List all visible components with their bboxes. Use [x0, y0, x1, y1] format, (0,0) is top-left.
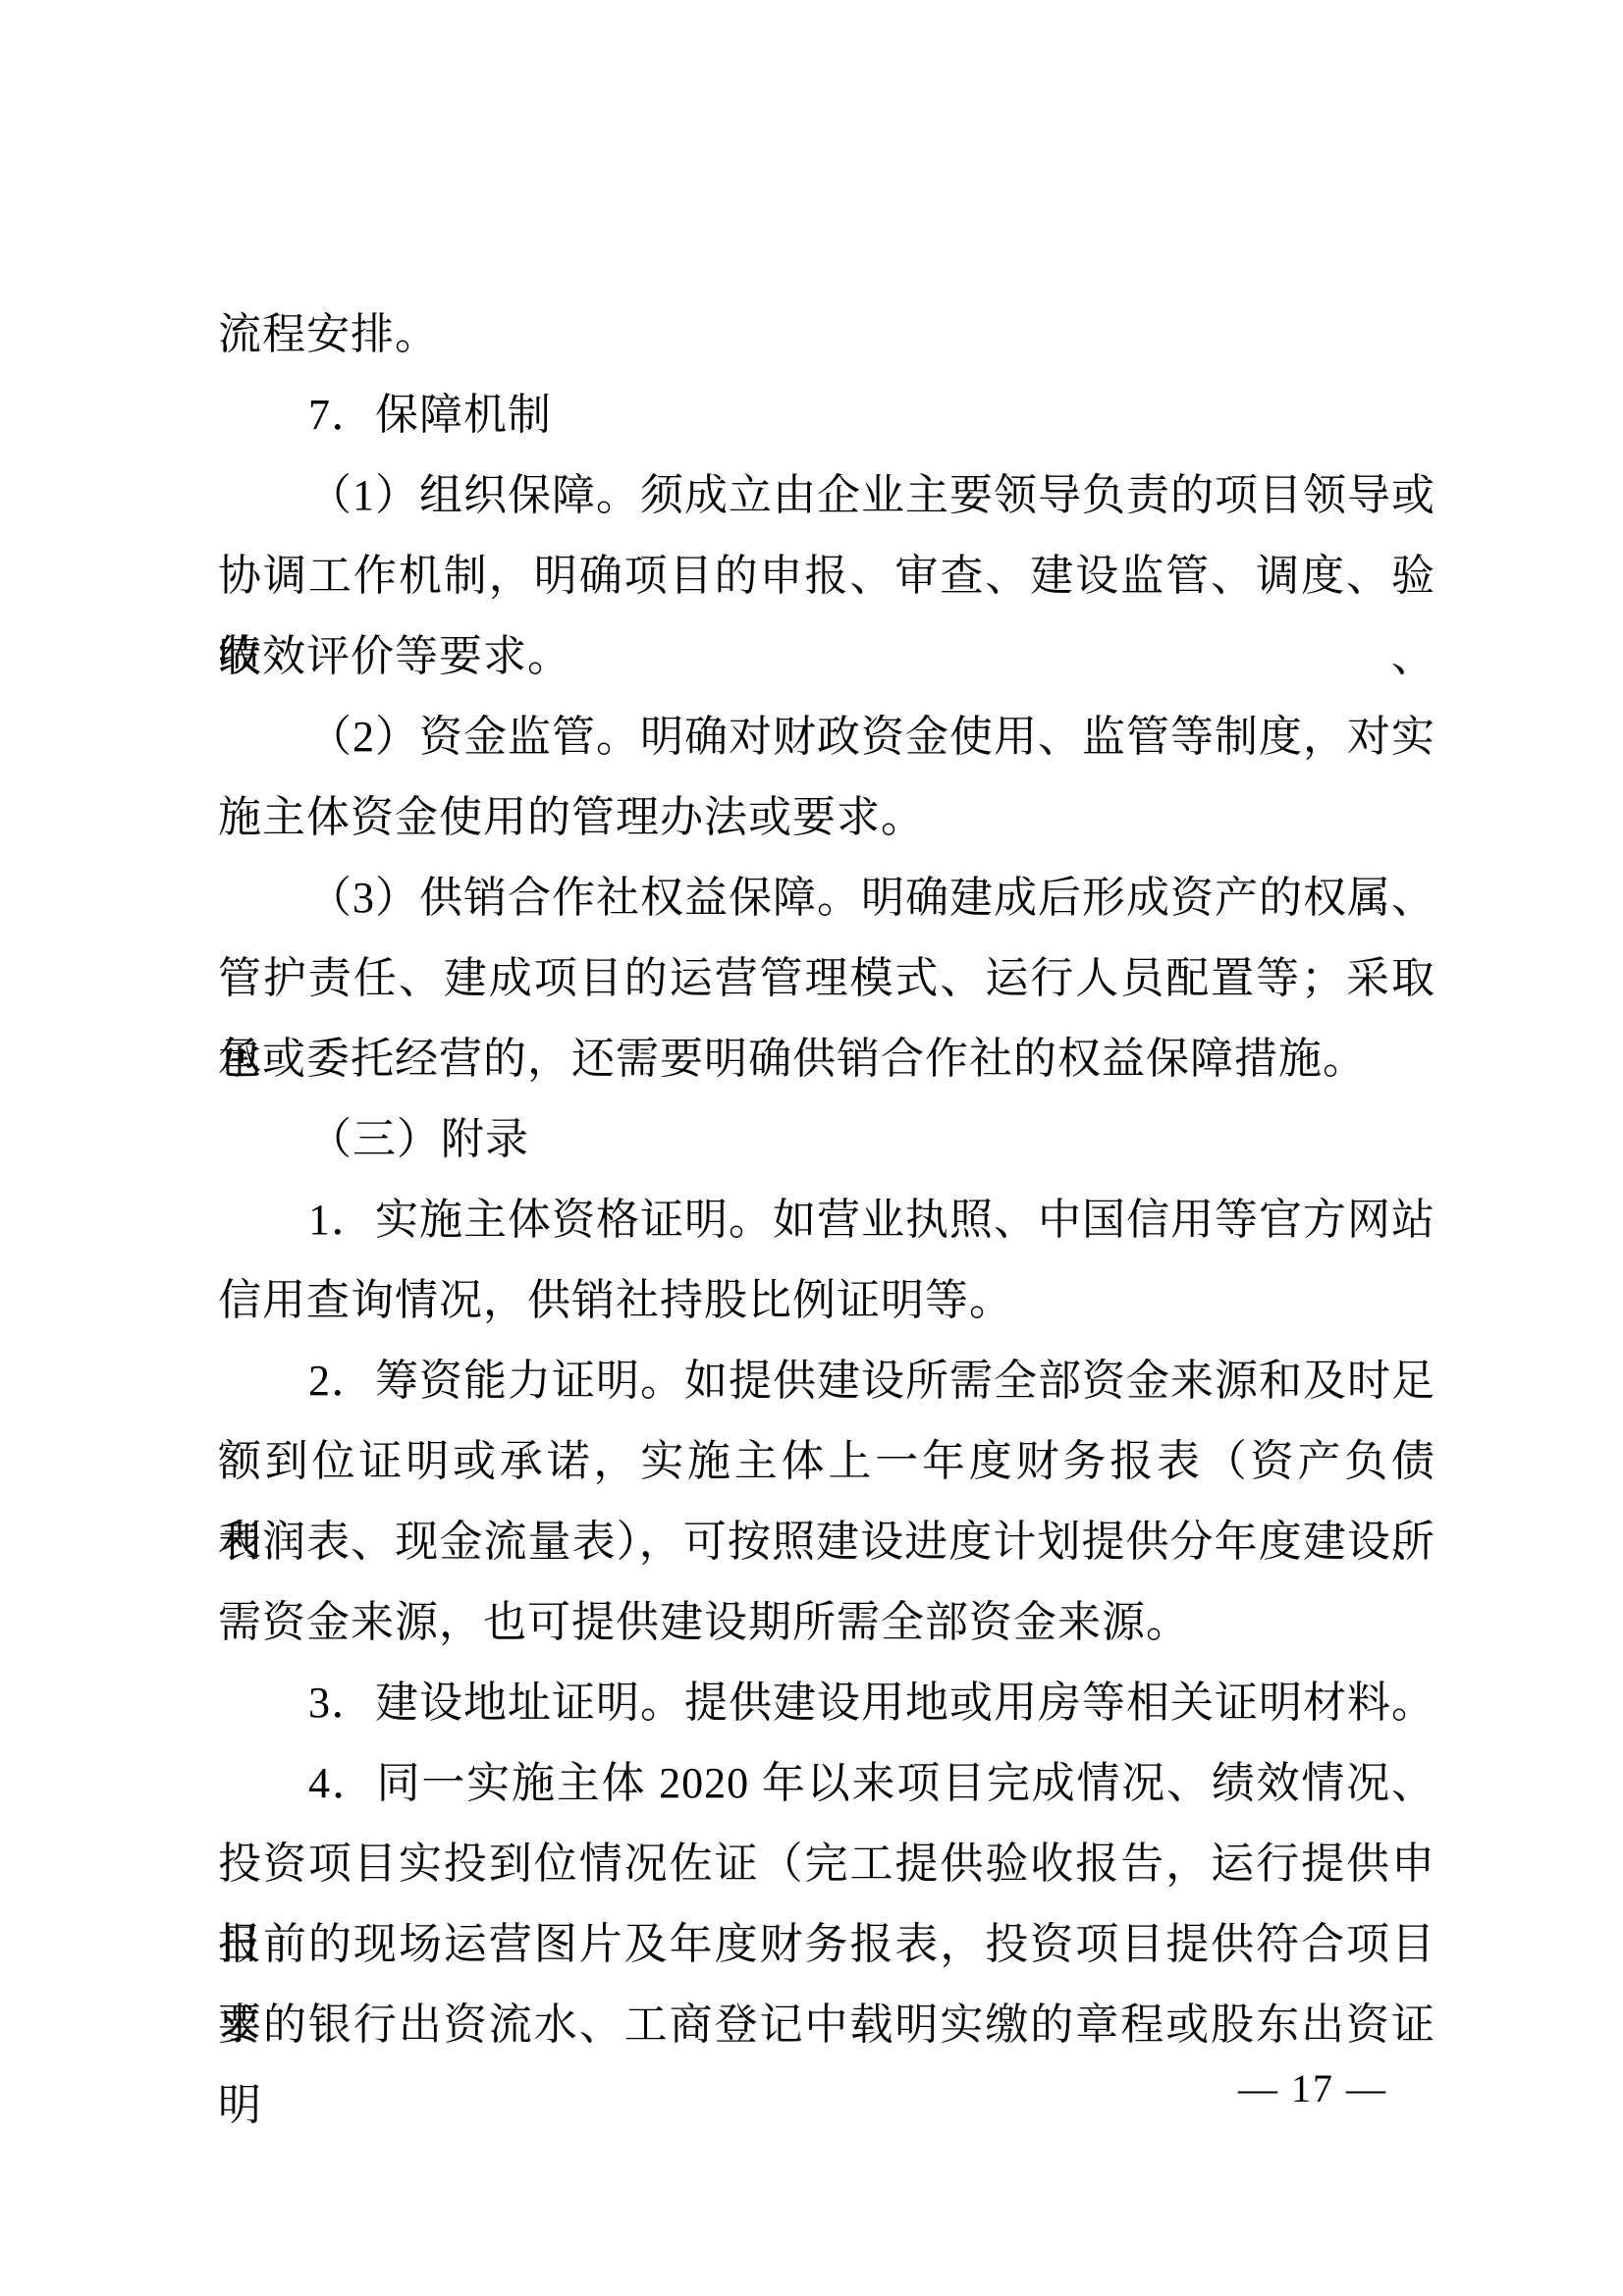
- text-line: 3．建设地址证明。提供建设用地或用房等相关证明材料。: [218, 1663, 1435, 1743]
- text-line: （1）组织保障。须成立由企业主要领导负责的项目领导或: [218, 455, 1435, 536]
- text-line: 4．同一实施主体 2020 年以来项目完成情况、绩效情况、: [218, 1743, 1435, 1824]
- page-number: — 17 —: [1238, 2065, 1387, 2112]
- text-line: 流程安排。: [218, 294, 1435, 375]
- item-heading-7: 7．保障机制: [218, 375, 1435, 455]
- text-line: 2．筹资能力证明。如提供建设所需全部资金来源和及时足: [218, 1341, 1435, 1421]
- text-line: 求的银行出资流水、工商登记中载明实缴的章程或股东出资证明: [218, 1985, 1435, 2065]
- text-line: （3）供销合作社权益保障。明确建成后形成资产的权属、: [218, 858, 1435, 938]
- document-page: 流程安排。 7．保障机制 （1）组织保障。须成立由企业主要领导负责的项目领导或 …: [0, 0, 1623, 2296]
- text-line: 信用查询情况，供销社持股比例证明等。: [218, 1260, 1435, 1341]
- document-body: 流程安排。 7．保障机制 （1）组织保障。须成立由企业主要领导负责的项目领导或 …: [218, 294, 1435, 2065]
- text-line: 1．实施主体资格证明。如营业执照、中国信用等官方网站: [218, 1180, 1435, 1260]
- text-line: 额到位证明或承诺，实施主体上一年度财务报表（资产负债表、: [218, 1421, 1435, 1502]
- text-line: 施主体资金使用的管理办法或要求。: [218, 777, 1435, 858]
- text-line: 管护责任、建成项目的运营管理模式、运行人员配置等；采取承: [218, 938, 1435, 1019]
- text-line: 协调工作机制，明确项目的申报、审查、建设监管、调度、验收、: [218, 536, 1435, 616]
- text-line: 包或委托经营的，还需要明确供销合作社的权益保障措施。: [218, 1019, 1435, 1099]
- section-heading-appendix: （三）附录: [218, 1099, 1435, 1180]
- text-line: 投资项目实投到位情况佐证（完工提供验收报告，运行提供申报: [218, 1824, 1435, 1904]
- text-line: 利润表、现金流量表），可按照建设进度计划提供分年度建设所: [218, 1502, 1435, 1582]
- text-line: （2）资金监管。明确对财政资金使用、监管等制度，对实: [218, 697, 1435, 777]
- text-line: 日前的现场运营图片及年度财务报表，投资项目提供符合项目要: [218, 1904, 1435, 1985]
- text-line: 需资金来源，也可提供建设期所需全部资金来源。: [218, 1582, 1435, 1663]
